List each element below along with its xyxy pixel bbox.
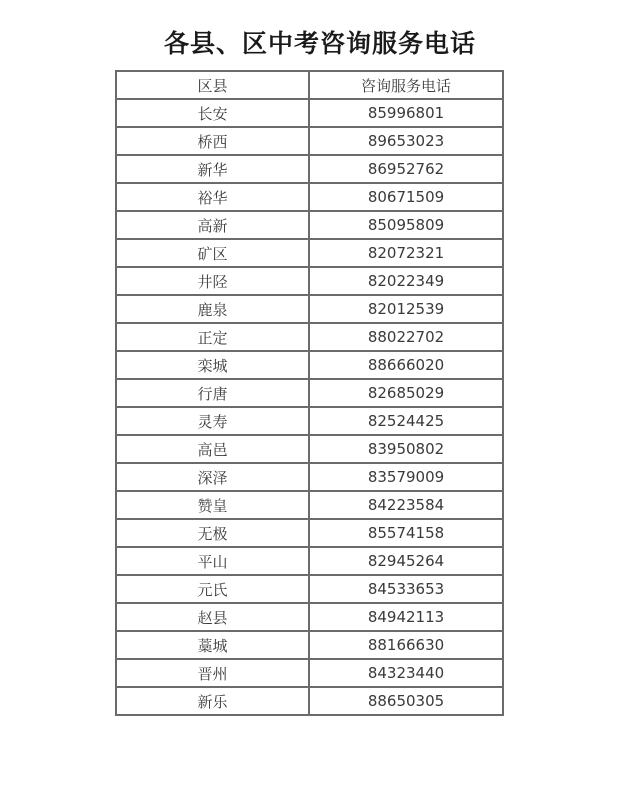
phone-cell: 88022702 bbox=[309, 323, 503, 351]
district-cell: 晋州 bbox=[116, 659, 309, 687]
table-row: 井陉82022349 bbox=[116, 267, 503, 295]
district-cell: 藁城 bbox=[116, 631, 309, 659]
district-cell: 赞皇 bbox=[116, 491, 309, 519]
district-cell: 井陉 bbox=[116, 267, 309, 295]
table-body: 长安85996801桥西89653023新华86952762裕华80671509… bbox=[116, 99, 503, 715]
table-row: 元氏84533653 bbox=[116, 575, 503, 603]
district-cell: 平山 bbox=[116, 547, 309, 575]
table-row: 无极85574158 bbox=[116, 519, 503, 547]
table-row: 高新85095809 bbox=[116, 211, 503, 239]
table-row: 桥西89653023 bbox=[116, 127, 503, 155]
consultation-phone-table: 区县 咨询服务电话 长安85996801桥西89653023新华86952762… bbox=[115, 70, 504, 716]
table-row: 矿区82072321 bbox=[116, 239, 503, 267]
district-cell: 正定 bbox=[116, 323, 309, 351]
phone-cell: 83579009 bbox=[309, 463, 503, 491]
column-header-district: 区县 bbox=[116, 71, 309, 99]
table-header-row: 区县 咨询服务电话 bbox=[116, 71, 503, 99]
phone-cell: 85996801 bbox=[309, 99, 503, 127]
table-row: 赞皇84223584 bbox=[116, 491, 503, 519]
district-cell: 高新 bbox=[116, 211, 309, 239]
table-row: 裕华80671509 bbox=[116, 183, 503, 211]
phone-cell: 88650305 bbox=[309, 687, 503, 715]
table-row: 平山82945264 bbox=[116, 547, 503, 575]
phone-cell: 84533653 bbox=[309, 575, 503, 603]
table-row: 深泽83579009 bbox=[116, 463, 503, 491]
table-row: 晋州84323440 bbox=[116, 659, 503, 687]
column-header-phone: 咨询服务电话 bbox=[309, 71, 503, 99]
phone-cell: 85095809 bbox=[309, 211, 503, 239]
page-title: 各县、区中考咨询服务电话 bbox=[0, 24, 640, 60]
district-cell: 新乐 bbox=[116, 687, 309, 715]
district-cell: 赵县 bbox=[116, 603, 309, 631]
phone-cell: 82022349 bbox=[309, 267, 503, 295]
phone-cell: 85574158 bbox=[309, 519, 503, 547]
phone-cell: 80671509 bbox=[309, 183, 503, 211]
table-row: 正定88022702 bbox=[116, 323, 503, 351]
phone-cell: 82012539 bbox=[309, 295, 503, 323]
phone-cell: 82072321 bbox=[309, 239, 503, 267]
phone-cell: 82524425 bbox=[309, 407, 503, 435]
table-row: 长安85996801 bbox=[116, 99, 503, 127]
phone-cell: 88666020 bbox=[309, 351, 503, 379]
table-row: 赵县84942113 bbox=[116, 603, 503, 631]
phone-cell: 86952762 bbox=[309, 155, 503, 183]
phone-cell: 84223584 bbox=[309, 491, 503, 519]
phone-cell: 82945264 bbox=[309, 547, 503, 575]
district-cell: 高邑 bbox=[116, 435, 309, 463]
district-cell: 矿区 bbox=[116, 239, 309, 267]
district-cell: 新华 bbox=[116, 155, 309, 183]
phone-cell: 89653023 bbox=[309, 127, 503, 155]
table-row: 栾城88666020 bbox=[116, 351, 503, 379]
district-cell: 灵寿 bbox=[116, 407, 309, 435]
table-row: 行唐82685029 bbox=[116, 379, 503, 407]
table-row: 高邑83950802 bbox=[116, 435, 503, 463]
district-cell: 无极 bbox=[116, 519, 309, 547]
phone-cell: 88166630 bbox=[309, 631, 503, 659]
table-row: 灵寿82524425 bbox=[116, 407, 503, 435]
district-cell: 长安 bbox=[116, 99, 309, 127]
district-cell: 行唐 bbox=[116, 379, 309, 407]
phone-cell: 82685029 bbox=[309, 379, 503, 407]
table-row: 新华86952762 bbox=[116, 155, 503, 183]
table-row: 新乐88650305 bbox=[116, 687, 503, 715]
table-row: 藁城88166630 bbox=[116, 631, 503, 659]
phone-cell: 84323440 bbox=[309, 659, 503, 687]
phone-cell: 83950802 bbox=[309, 435, 503, 463]
district-cell: 裕华 bbox=[116, 183, 309, 211]
phone-cell: 84942113 bbox=[309, 603, 503, 631]
table-row: 鹿泉82012539 bbox=[116, 295, 503, 323]
district-cell: 深泽 bbox=[116, 463, 309, 491]
district-cell: 元氏 bbox=[116, 575, 309, 603]
district-cell: 栾城 bbox=[116, 351, 309, 379]
district-cell: 桥西 bbox=[116, 127, 309, 155]
district-cell: 鹿泉 bbox=[116, 295, 309, 323]
